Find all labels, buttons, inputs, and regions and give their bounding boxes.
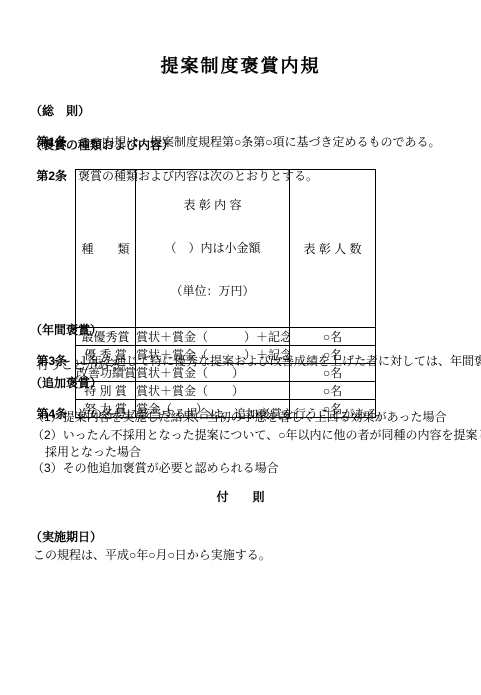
article-4-item-1: （1）提案内容を実施した結果、当初の予想を著しく上回る効果があった場合 — [32, 410, 447, 424]
article-4-item-2-line1: （2）いったん不採用となった提案について、○年以内に他の者が同種の内容を提案し、 — [32, 428, 481, 442]
column-header-content-title: 表 彰 内 容 — [136, 198, 289, 213]
article-2-label: 第2条 — [36, 169, 67, 183]
article-3-text-line1: １年を通じて特に優秀な提案および改善成績を上げた者に対しては、年間褒賞を — [78, 354, 481, 368]
column-header-type: 種 類 — [76, 170, 136, 328]
column-header-content-unit: （単位：万円） — [136, 284, 289, 299]
table-header-row: 種 類 表 彰 内 容 （ ）内は小金額 （単位：万円） 表 彰 人 数 — [76, 170, 376, 328]
section-heading-general: （総 則） — [30, 104, 90, 118]
article-4-item-2-line2: 採用となった場合 — [45, 445, 141, 459]
section-heading-kinds: （褒賞の種類および内容） — [30, 138, 174, 152]
section-heading-additional: （追加褒賞） — [30, 376, 102, 390]
column-header-content: 表 彰 内 容 （ ）内は小金額 （単位：万円） — [136, 170, 290, 328]
column-header-content-note: （ ）内は小金額 — [136, 241, 289, 256]
section-heading-enforcement: （実施期日） — [30, 530, 102, 544]
supplement-heading: 付 則 — [0, 488, 481, 505]
article-3-text-line2: 行うことがある。 — [37, 358, 133, 372]
section-heading-annual: （年間褒賞） — [30, 323, 102, 337]
document-page: 提案制度褒賞内規 （総 則） 第1条この内規は、提案制度規程第○条第○項に基づき… — [0, 0, 481, 695]
article-4-item-3: （3）その他追加褒賞が必要と認められる場合 — [32, 461, 279, 475]
column-header-people: 表 彰 人 数 — [290, 170, 376, 328]
document-title: 提案制度褒賞内規 — [0, 52, 481, 78]
enforcement-text: この規程は、平成○年○月○日から実施する。 — [33, 548, 271, 562]
